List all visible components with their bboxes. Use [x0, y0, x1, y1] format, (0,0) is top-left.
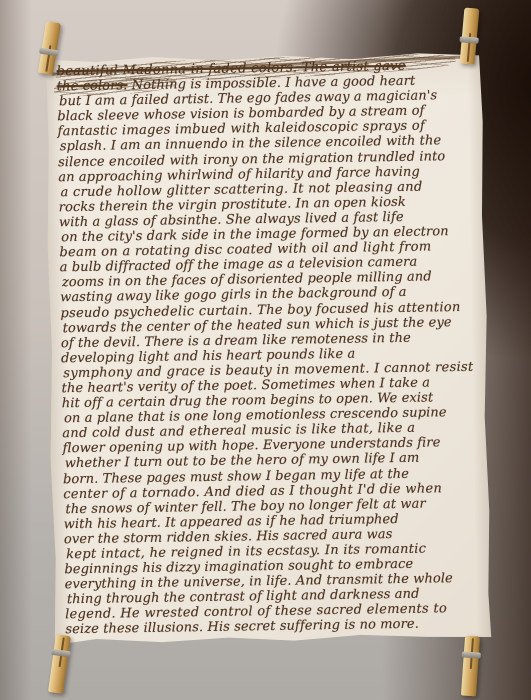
clothespin-bottom-right: [461, 636, 480, 697]
clothespin-bottom-left: [48, 634, 71, 694]
clothespin-spring-icon: [51, 649, 71, 658]
manuscript-page: beautiful Madonna in faded colors. The a…: [43, 51, 492, 648]
clothespin-spring-icon: [462, 651, 481, 658]
clothespin-spring-icon: [459, 36, 478, 44]
photo-background: beautiful Madonna in faded colors. The a…: [0, 0, 531, 700]
clothespin-spring-icon: [39, 48, 59, 57]
manuscript-text: beautiful Madonna in faded colors. The a…: [57, 58, 482, 638]
struck-text: the colors.: [57, 78, 128, 94]
